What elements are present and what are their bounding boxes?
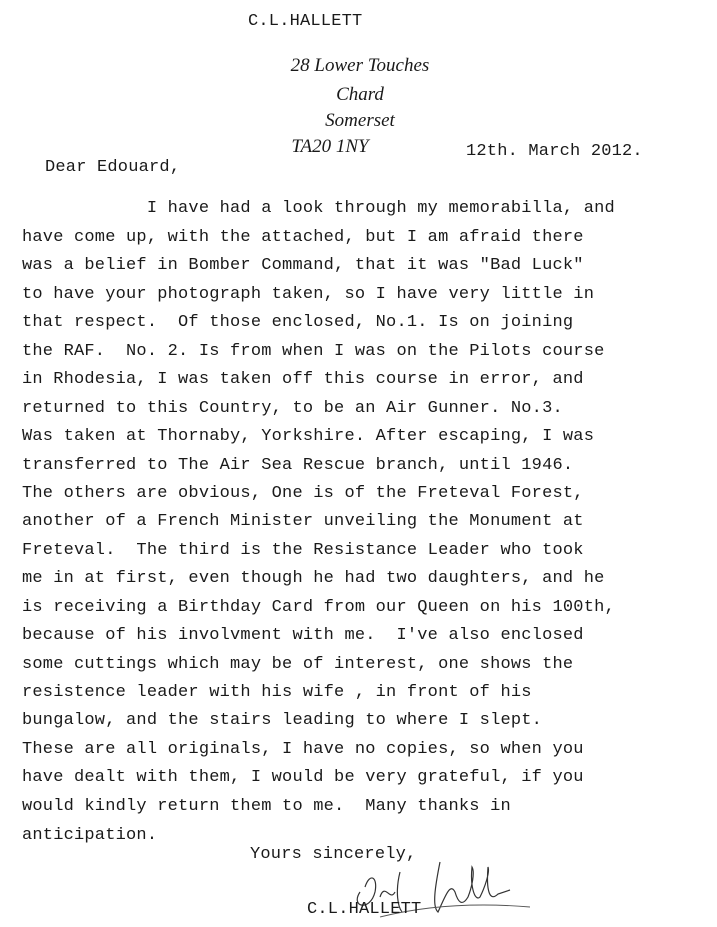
- body-line: that respect. Of those enclosed, No.1. I…: [22, 313, 573, 332]
- body-line: because of his involvment with me. I've …: [22, 626, 584, 645]
- body-line: to have your photograph taken, so I have…: [22, 285, 594, 304]
- salutation: Dear Edouard,: [45, 158, 180, 177]
- address-postcode: TA20 1NY: [230, 136, 430, 158]
- body-line: transferred to The Air Sea Rescue branch…: [22, 456, 573, 475]
- body-line: I have had a look through my memorabilla…: [22, 199, 615, 218]
- body-line: in Rhodesia, I was taken off this course…: [22, 370, 584, 389]
- body-line: the RAF. No. 2. Is from when I was on th…: [22, 342, 605, 361]
- sender-header: C.L.HALLETT: [248, 12, 362, 31]
- letter-date: 12th. March 2012.: [466, 142, 643, 161]
- body-line: another of a French Minister unveiling t…: [22, 512, 584, 531]
- body-line: The others are obvious, One is of the Fr…: [22, 484, 584, 503]
- address-county: Somerset: [250, 110, 470, 132]
- address-town: Chard: [250, 84, 470, 106]
- body-line: me in at first, even though he had two d…: [22, 569, 605, 588]
- body-line: have come up, with the attached, but I a…: [22, 228, 584, 247]
- body-line: These are all originals, I have no copie…: [22, 740, 584, 759]
- body-line: some cuttings which may be of interest, …: [22, 655, 573, 674]
- body-line: anticipation.: [22, 826, 157, 845]
- body-line: returned to this Country, to be an Air G…: [22, 399, 563, 418]
- body-line: Was taken at Thornaby, Yorkshire. After …: [22, 427, 594, 446]
- body-line: is receiving a Birthday Card from our Qu…: [22, 598, 615, 617]
- body-line: would kindly return them to me. Many tha…: [22, 797, 511, 816]
- signature-name: C.L.HALLETT: [307, 900, 421, 919]
- body-line: have dealt with them, I would be very gr…: [22, 768, 584, 787]
- body-line: resistence leader with his wife , in fro…: [22, 683, 532, 702]
- body-line: Freteval. The third is the Resistance Le…: [22, 541, 584, 560]
- body-line: bungalow, and the stairs leading to wher…: [22, 711, 542, 730]
- address-street: 28 Lower Touches: [250, 55, 470, 77]
- body-line: was a belief in Bomber Command, that it …: [22, 256, 584, 275]
